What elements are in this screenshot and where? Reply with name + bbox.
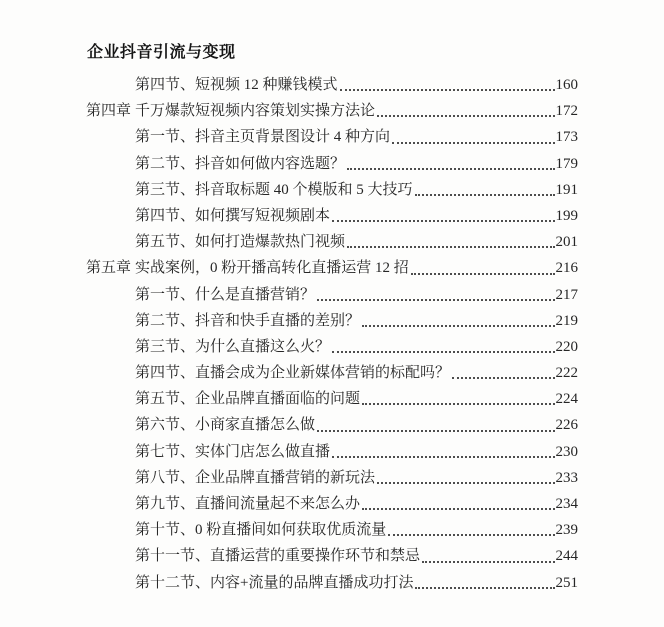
- chapter-label: [86, 177, 135, 203]
- chapter-label: [86, 465, 135, 491]
- toc-row-section: 第九节、直播间流量起不来怎么办234: [86, 491, 578, 517]
- entry-title: 第四节、如何撰写短视频剧本: [135, 203, 330, 229]
- page-number: 224: [556, 386, 579, 412]
- chapter-label: [86, 439, 135, 465]
- entry-title: 第十二节、内容+流量的品牌直播成功打法: [135, 570, 413, 596]
- toc-row-section: 第五节、如何打造爆款热门视频201: [86, 229, 578, 255]
- page-number: 230: [556, 439, 579, 465]
- toc-row-section: 第四节、如何撰写短视频剧本199: [86, 203, 578, 229]
- toc-row-section: 第二节、抖音如何做内容选题？179: [86, 151, 578, 177]
- dot-leader: [420, 543, 555, 569]
- entry-title: 第五节、企业品牌直播面临的问题: [135, 386, 360, 412]
- chapter-label: [86, 151, 135, 177]
- entry-title: 实战案例，0 粉开播高转化直播运营 12 招: [135, 255, 409, 281]
- toc-row-section: 第八节、企业品牌直播营销的新玩法233: [86, 465, 578, 491]
- entry-title: 第八节、企业品牌直播营销的新玩法: [135, 465, 375, 491]
- dot-leader: [375, 98, 555, 124]
- toc-list: 第四节、短视频 12 种赚钱模式160第四章千万爆款短视频内容策划实操方法论17…: [86, 72, 578, 596]
- book-toc-page: 企业抖音引流与变现 第四节、短视频 12 种赚钱模式160第四章千万爆款短视频内…: [0, 0, 664, 627]
- chapter-label: [86, 203, 135, 229]
- page-number: 191: [556, 177, 579, 203]
- chapter-label: [86, 517, 135, 543]
- chapter-label: [86, 308, 135, 334]
- chapter-label: [86, 386, 135, 412]
- dot-leader: [330, 439, 555, 465]
- chapter-label: [86, 229, 135, 255]
- dot-leader: [390, 124, 555, 150]
- entry-title: 第四节、直播会成为企业新媒体营销的标配吗？: [135, 360, 450, 386]
- toc-row-section: 第五节、企业品牌直播面临的问题224: [86, 386, 578, 412]
- page-number: 172: [556, 98, 579, 124]
- dot-leader: [375, 465, 555, 491]
- toc-row-section: 第七节、实体门店怎么做直播230: [86, 439, 578, 465]
- chapter-label: 第四章: [86, 98, 135, 124]
- dot-leader: [450, 360, 555, 386]
- dot-leader: [315, 282, 555, 308]
- book-title-heading: 企业抖音引流与变现: [87, 44, 236, 62]
- dot-leader: [345, 151, 555, 177]
- chapter-label: [86, 543, 135, 569]
- page-number: 244: [556, 543, 579, 569]
- entry-title: 第七节、实体门店怎么做直播: [135, 439, 330, 465]
- toc-row-section: 第三节、为什么直播这么火？220: [86, 334, 578, 360]
- toc-row-section: 第二节、抖音和快手直播的差别？219: [86, 308, 578, 334]
- dot-leader: [330, 334, 555, 360]
- page-number: 173: [556, 124, 579, 150]
- page-number: 220: [556, 334, 579, 360]
- chapter-label: [86, 491, 135, 517]
- dot-leader: [360, 491, 555, 517]
- entry-title: 第五节、如何打造爆款热门视频: [135, 229, 345, 255]
- toc-row-section: 第一节、抖音主页背景图设计 4 种方向173: [86, 124, 578, 150]
- toc-row-chapter: 第五章实战案例，0 粉开播高转化直播运营 12 招216: [86, 255, 578, 281]
- dot-leader: [360, 308, 555, 334]
- entry-title: 千万爆款短视频内容策划实操方法论: [135, 98, 375, 124]
- dot-leader: [330, 203, 555, 229]
- entry-title: 第四节、短视频 12 种赚钱模式: [135, 72, 338, 98]
- page-number: 226: [556, 412, 579, 438]
- dot-leader: [338, 72, 556, 98]
- page-number: 201: [556, 229, 579, 255]
- dot-leader: [345, 229, 555, 255]
- toc-row-section: 第四节、短视频 12 种赚钱模式160: [86, 72, 578, 98]
- page-number: 219: [556, 308, 579, 334]
- page-number: 251: [556, 570, 579, 596]
- entry-title: 第一节、抖音主页背景图设计 4 种方向: [135, 124, 390, 150]
- entry-title: 第六节、小商家直播怎么做: [135, 412, 315, 438]
- dot-leader: [315, 412, 555, 438]
- page-number: 222: [556, 360, 579, 386]
- dot-leader: [409, 255, 556, 281]
- dot-leader: [413, 177, 556, 203]
- chapter-label: [86, 412, 135, 438]
- toc-row-section: 第四节、直播会成为企业新媒体营销的标配吗？222: [86, 360, 578, 386]
- page-number: 233: [556, 465, 579, 491]
- entry-title: 第三节、为什么直播这么火？: [135, 334, 330, 360]
- entry-title: 第二节、抖音和快手直播的差别？: [135, 308, 360, 334]
- entry-title: 第十一节、直播运营的重要操作环节和禁忌: [135, 543, 420, 569]
- entry-title: 第二节、抖音如何做内容选题？: [135, 151, 345, 177]
- entry-title: 第三节、抖音取标题 40 个模版和 5 大技巧: [135, 177, 413, 203]
- page-number: 216: [556, 255, 579, 281]
- toc-row-section: 第十二节、内容+流量的品牌直播成功打法251: [86, 570, 578, 596]
- entry-title: 第九节、直播间流量起不来怎么办: [135, 491, 360, 517]
- toc-row-section: 第十节、0 粉直播间如何获取优质流量239: [86, 517, 578, 543]
- page-number: 160: [556, 72, 579, 98]
- entry-title: 第一节、什么是直播营销？: [135, 282, 315, 308]
- chapter-label: [86, 570, 135, 596]
- chapter-label: [86, 334, 135, 360]
- page-number: 199: [556, 203, 579, 229]
- dot-leader: [360, 386, 555, 412]
- chapter-label: 第五章: [86, 255, 135, 281]
- toc-row-chapter: 第四章千万爆款短视频内容策划实操方法论172: [86, 98, 578, 124]
- toc-row-section: 第三节、抖音取标题 40 个模版和 5 大技巧191: [86, 177, 578, 203]
- page-number: 217: [556, 282, 579, 308]
- page-number: 179: [556, 151, 579, 177]
- toc-row-section: 第十一节、直播运营的重要操作环节和禁忌244: [86, 543, 578, 569]
- chapter-label: [86, 72, 135, 98]
- toc-row-section: 第六节、小商家直播怎么做226: [86, 412, 578, 438]
- toc-row-section: 第一节、什么是直播营销？217: [86, 282, 578, 308]
- entry-title: 第十节、0 粉直播间如何获取优质流量: [135, 517, 386, 543]
- dot-leader: [386, 517, 555, 543]
- chapter-label: [86, 282, 135, 308]
- page-number: 234: [556, 491, 579, 517]
- chapter-label: [86, 124, 135, 150]
- dot-leader: [413, 570, 555, 596]
- page-number: 239: [556, 517, 579, 543]
- chapter-label: [86, 360, 135, 386]
